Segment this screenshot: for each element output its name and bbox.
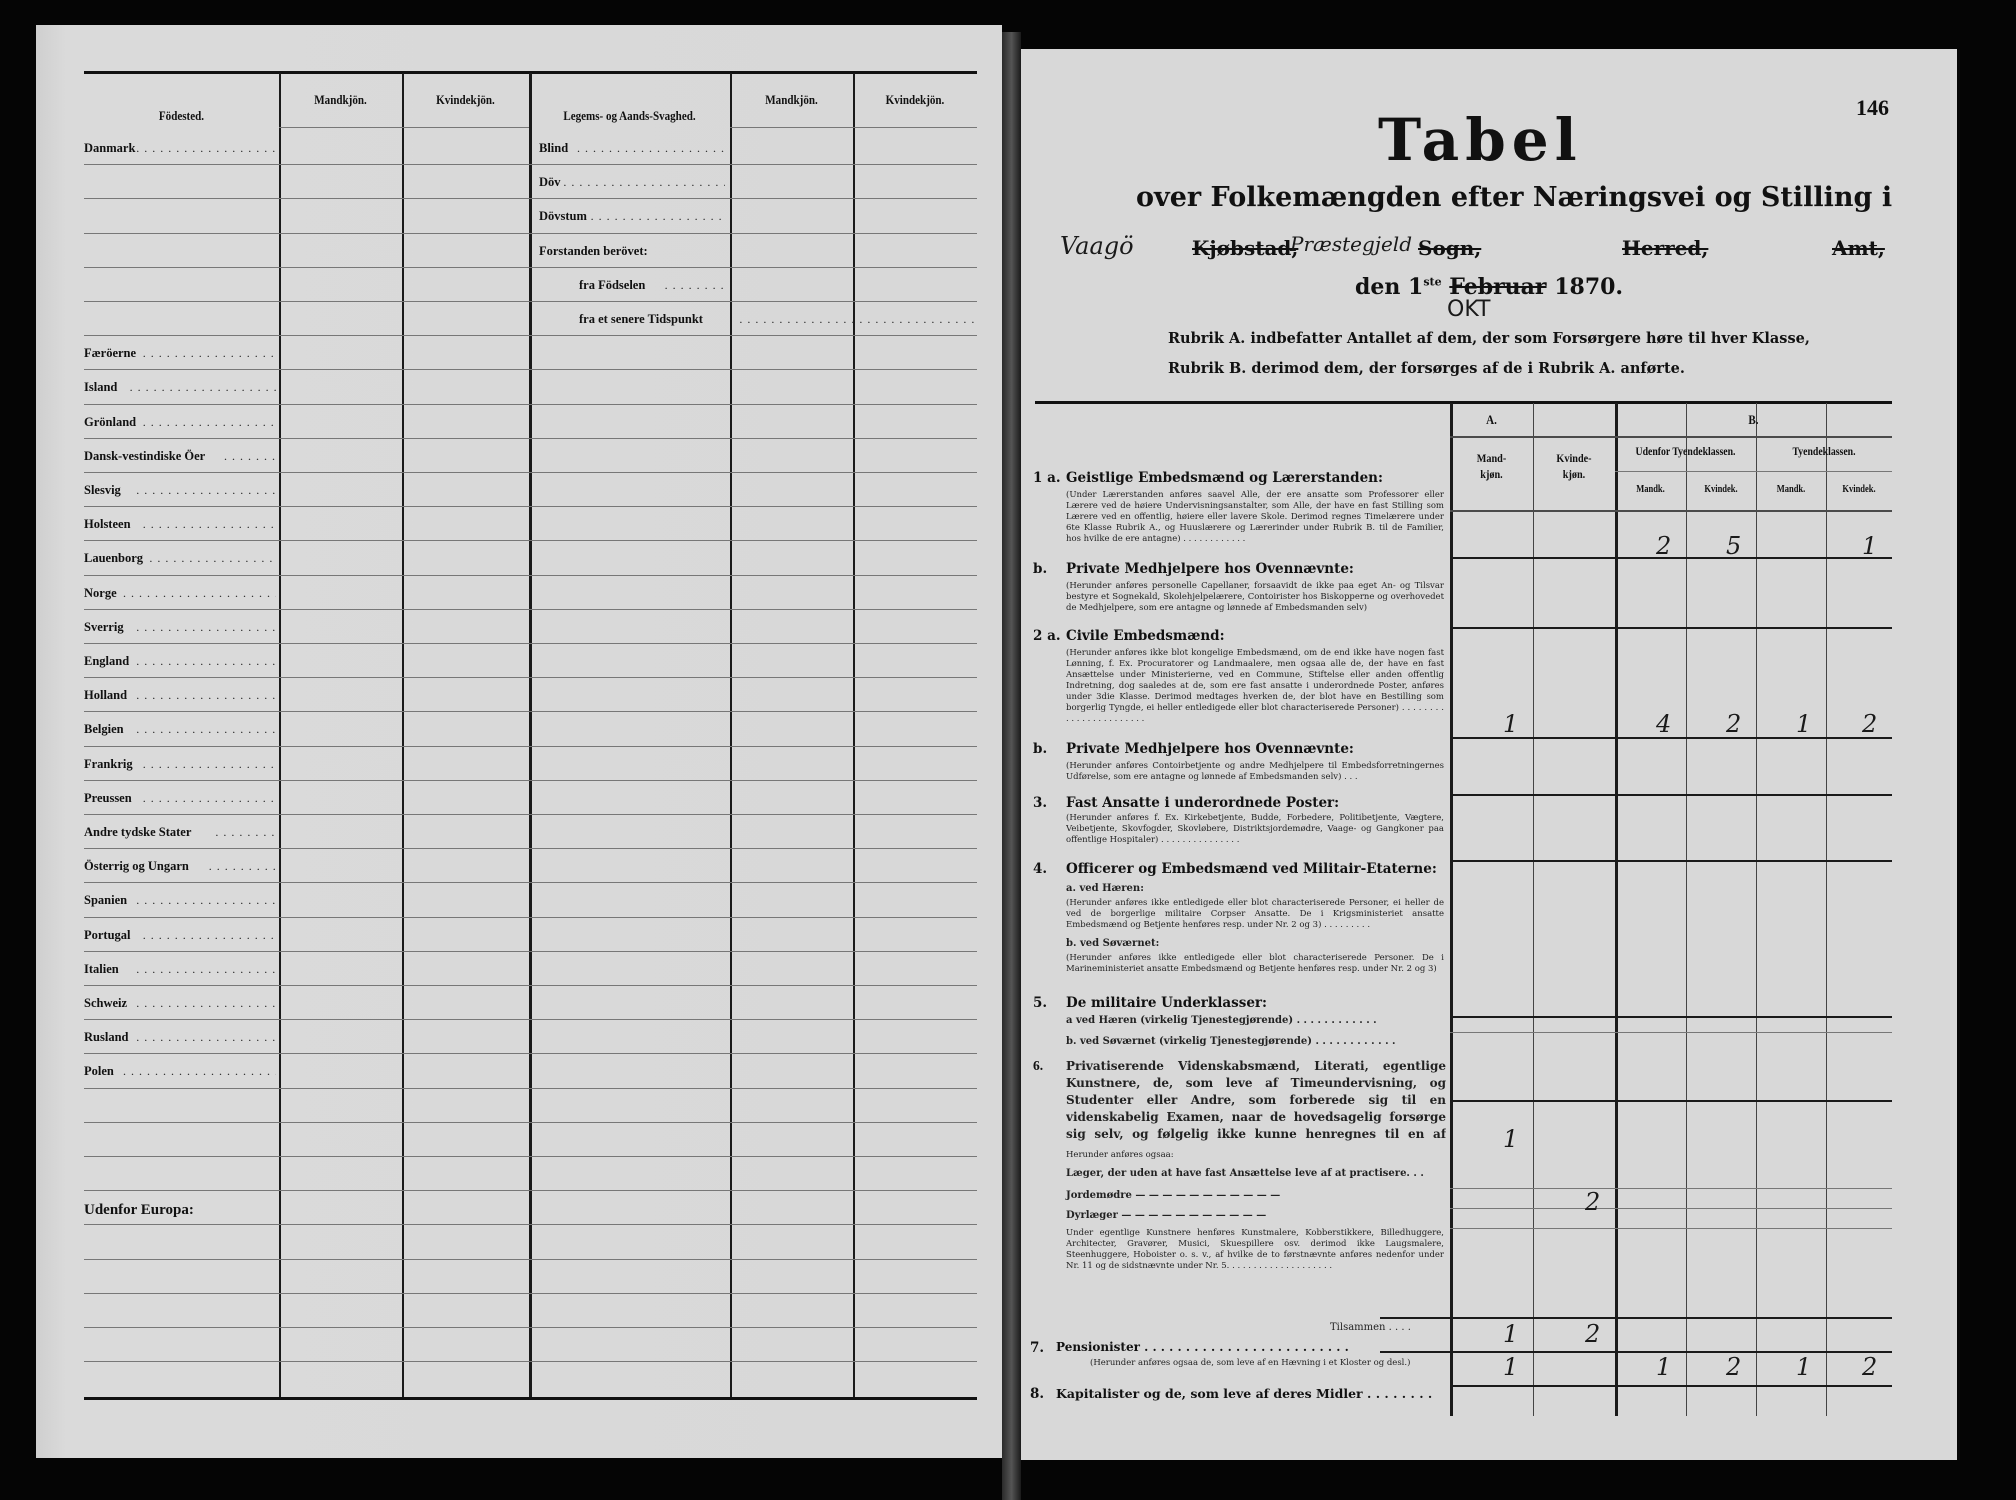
header-line xyxy=(1615,471,1892,472)
row-line xyxy=(1450,1385,1892,1387)
column-divider xyxy=(730,73,732,1399)
birthplace-label: Österrig og Ungarn xyxy=(84,859,189,874)
handwritten-value: 1 xyxy=(1503,1125,1518,1153)
category-title: Geistlige Embedsmænd og Lærerstanden: xyxy=(1066,470,1383,486)
row-line xyxy=(84,540,977,541)
leader-dots: .............................. xyxy=(136,1030,276,1045)
data-column-divider xyxy=(1450,403,1453,1416)
bottom-rule xyxy=(84,1397,977,1400)
birthplace-label: Portugal xyxy=(84,928,131,943)
handwritten-value: 2 xyxy=(1862,710,1877,738)
leader-dots: .............................. xyxy=(739,312,979,327)
infirmity-label: Döv xyxy=(539,175,561,190)
sub-label: Læger, der uden at have fast Ansættelse … xyxy=(1066,1168,1424,1179)
leader-dots: .............................. xyxy=(143,517,276,532)
row-line xyxy=(84,301,977,302)
category-note: Under egentlige Kunstnere henføres Kunst… xyxy=(1066,1228,1444,1296)
category-note: (Herunder anføres ikke blot kongelige Em… xyxy=(1066,648,1444,736)
category-number: b. xyxy=(1033,741,1047,757)
header-kvindek: Kvindek. xyxy=(1831,484,1887,495)
row-line xyxy=(84,917,977,918)
category-number: 7. xyxy=(1030,1340,1044,1356)
birthplace-label: England xyxy=(84,654,129,669)
category-note: (Herunder anføres ikke entledigede eller… xyxy=(1066,898,1444,934)
birthplace-label: Holsteen xyxy=(84,517,131,532)
birthplace-label: Danmark xyxy=(84,141,135,156)
row-line xyxy=(84,438,977,439)
leader-dots: .............................. xyxy=(143,757,276,772)
category-title: Privatiserende Videnskabsmænd, Literati,… xyxy=(1066,1058,1446,1142)
row-line xyxy=(84,472,977,473)
header-a-male: Mand- kjøn. xyxy=(1456,450,1527,482)
sub-label: a ved Hæren (virkelig Tjenestegjørende) … xyxy=(1066,1015,1444,1026)
category-note: (Herunder anføres ikke entledigede eller… xyxy=(1066,953,1444,977)
leader-dots: .............................. xyxy=(209,859,276,874)
row-line xyxy=(84,1224,977,1225)
data-column-divider xyxy=(1756,403,1757,1416)
category-note: (Herunder anføres ogsaa de, som leve af … xyxy=(1090,1358,1450,1370)
category-number: 6. xyxy=(1033,1058,1043,1074)
kjobstad-label: Kjøbstad, xyxy=(1192,236,1298,260)
birthplace-label: Andre tydske Stater xyxy=(84,825,191,840)
handwritten-parish: Præstegjeld xyxy=(1290,232,1412,256)
row-line xyxy=(84,1122,977,1123)
row-line xyxy=(84,1327,977,1328)
handwritten-value: 2 xyxy=(1726,1353,1741,1381)
leader-dots: .............................. xyxy=(224,449,276,464)
birthplace-label: Island xyxy=(84,380,117,395)
rubrik-a-text: Rubrik A. indbefatter Antallet af dem, d… xyxy=(1168,330,1810,347)
handwritten-value: 2 xyxy=(1862,1353,1877,1381)
handwritten-okt: OKT xyxy=(1447,297,1490,322)
row-line xyxy=(84,951,977,952)
category-number: 8. xyxy=(1030,1386,1044,1402)
row-line xyxy=(84,198,977,199)
leader-dots: .............................. xyxy=(577,141,725,156)
handwritten-value: 1 xyxy=(1503,1320,1518,1348)
handwritten-value: 1 xyxy=(1796,1353,1811,1381)
header-female1: Kvindekjön. xyxy=(412,92,520,108)
tilsammen-label: Tilsammen . . . . xyxy=(1330,1322,1411,1333)
row-line xyxy=(84,848,977,849)
leader-dots: .............................. xyxy=(591,209,725,224)
infirmity-label: fra Födselen xyxy=(579,278,645,293)
row-line xyxy=(84,369,977,370)
leader-dots: .............................. xyxy=(136,962,276,977)
leader-dots: .............................. xyxy=(143,928,276,943)
row-line xyxy=(1450,1188,1892,1189)
data-column-divider xyxy=(1615,403,1618,1416)
category-title: Private Medhjelpere hos Ovennævnte: xyxy=(1066,561,1354,577)
leader-dots: .............................. xyxy=(123,586,276,601)
book-gutter xyxy=(1002,32,1021,1500)
data-column-divider xyxy=(1686,403,1687,1416)
leader-dots: .............................. xyxy=(130,380,276,395)
row-line xyxy=(84,267,977,268)
title: Tabel xyxy=(1378,106,1583,174)
amt-label: Amt, xyxy=(1832,236,1885,260)
birthplace-label: Grönland xyxy=(84,415,136,430)
date-year: 1870. xyxy=(1554,274,1623,300)
category-number: 1 a. xyxy=(1033,470,1061,486)
header-b-servant: Tyendeklassen. xyxy=(1766,446,1882,458)
header-line xyxy=(1450,510,1892,512)
column-divider xyxy=(853,73,855,1399)
header-subline xyxy=(279,127,529,128)
table-top-rule xyxy=(1035,401,1892,404)
birthplace-label: Slesvig xyxy=(84,483,121,498)
birthplace-label: Schweiz xyxy=(84,996,127,1011)
birthplace-label: Dansk-vestindiske Öer xyxy=(84,449,205,464)
header-b-outside: Udenfor Tyendeklassen. xyxy=(1626,446,1746,458)
row-line xyxy=(1450,1100,1892,1102)
infirmity-label: Dövstum xyxy=(539,209,587,224)
birthplace-label: Preussen xyxy=(84,791,132,806)
leader-dots: .............................. xyxy=(563,175,725,190)
handwritten-value: 1 xyxy=(1503,1353,1518,1381)
handwritten-value: 4 xyxy=(1656,710,1671,738)
row-line xyxy=(84,1019,977,1020)
row-line xyxy=(1450,1228,1892,1229)
handwritten-value: 2 xyxy=(1656,532,1671,560)
birthplace-label: Polen xyxy=(84,1064,114,1079)
leader-dots: .............................. xyxy=(665,278,725,293)
category-title: Kapitalister og de, som leve af deres Mi… xyxy=(1056,1386,1432,1401)
category-title: Fast Ansatte i underordnede Poster: xyxy=(1066,795,1339,811)
leader-dots: .............................. xyxy=(143,415,276,430)
tilsammen-rule xyxy=(1380,1317,1452,1319)
handwritten-value: 5 xyxy=(1726,532,1741,560)
leader-dots: .............................. xyxy=(215,825,276,840)
row-line xyxy=(84,711,977,712)
category-title: Officerer og Embedsmænd ved Militair-Eta… xyxy=(1066,861,1437,877)
leader-dots: .............................. xyxy=(136,722,276,737)
row-line xyxy=(84,1053,977,1054)
row-line xyxy=(84,814,977,815)
birthplace-label: Belgien xyxy=(84,722,124,737)
category-note: (Herunder anføres f. Ex. Kirkebetjente, … xyxy=(1066,813,1444,857)
sub-label: a. ved Hæren: xyxy=(1066,883,1144,894)
header-a-female: Kvinde- kjøn. xyxy=(1539,450,1609,482)
category-note: (Herunder anføres personelle Capellaner,… xyxy=(1066,581,1444,625)
birthplace-label: Norge xyxy=(84,586,117,601)
row-line xyxy=(84,233,977,234)
handwritten-value: 1 xyxy=(1796,710,1811,738)
row-line xyxy=(84,780,977,781)
category-title: Pensionister . . . . . . . . . . . . . .… xyxy=(1056,1340,1349,1354)
birthplace-label: Sverrig xyxy=(84,620,124,635)
header-subline xyxy=(730,127,977,128)
row-line xyxy=(84,1259,977,1260)
handwritten-value: 1 xyxy=(1503,710,1518,738)
row-line xyxy=(1450,1317,1892,1319)
herred-label: Herred, xyxy=(1622,236,1708,260)
row-line xyxy=(84,1088,977,1089)
tilsammen-rule xyxy=(1380,1351,1452,1353)
category-note: (Herunder anføres Contoirbetjente og and… xyxy=(1066,761,1444,791)
header-mandk: Mandk. xyxy=(1620,484,1680,495)
sub-label: b. ved Søværnet: xyxy=(1066,938,1159,949)
leader-dots: .............................. xyxy=(149,551,276,566)
row-line xyxy=(84,882,977,883)
leader-dots: .............................. xyxy=(136,141,276,156)
row-line xyxy=(84,164,977,165)
category-title: Civile Embedsmænd: xyxy=(1066,628,1225,644)
infirmity-label: Blind xyxy=(539,141,568,156)
column-divider xyxy=(529,73,532,1399)
row-line xyxy=(84,1293,977,1294)
header-line xyxy=(1450,436,1892,438)
leader-dots: .............................. xyxy=(136,654,276,669)
sub-label: Jordemødre — — — — — — — — — — — xyxy=(1066,1190,1280,1201)
row-line xyxy=(84,404,977,405)
row-line xyxy=(84,746,977,747)
sub-label: Herunder anføres ogsaa: xyxy=(1066,1150,1174,1161)
handwritten-value: 2 xyxy=(1726,710,1741,738)
category-note: (Under Lærerstanden anføres saavel Alle,… xyxy=(1066,490,1444,548)
handwritten-value: 2 xyxy=(1585,1320,1600,1348)
leader-dots: .............................. xyxy=(123,1064,276,1079)
row-line xyxy=(84,506,977,507)
category-number: 4. xyxy=(1033,861,1047,877)
sub-label: Dyrlæger — — — — — — — — — — — xyxy=(1066,1210,1266,1221)
row-line xyxy=(84,1156,977,1157)
header-male2: Mandkjön. xyxy=(739,92,844,108)
row-line xyxy=(1450,1208,1892,1209)
category-number: b. xyxy=(1033,561,1047,577)
row-line xyxy=(84,609,977,610)
birthplace-label: Italien xyxy=(84,962,119,977)
subtitle: over Folkemængden efter Næringsvei og St… xyxy=(1136,182,1892,213)
header-male1: Mandkjön. xyxy=(288,92,393,108)
column-divider xyxy=(402,73,404,1399)
page-number: 146 xyxy=(1856,95,1889,121)
header-birthplace: Födested. xyxy=(99,108,265,124)
row-line xyxy=(1450,794,1892,796)
leader-dots: .............................. xyxy=(143,346,276,361)
leader-dots: .............................. xyxy=(136,688,276,703)
header-kvindek: Kvindek. xyxy=(1691,484,1751,495)
leader-dots: .............................. xyxy=(136,996,276,1011)
sub-label: b. ved Søværnet (virkelig Tjenestegjøren… xyxy=(1066,1036,1444,1047)
row-line xyxy=(84,335,977,336)
handwritten-value: 2 xyxy=(1585,1188,1600,1216)
row-line xyxy=(84,575,977,576)
row-line xyxy=(84,1190,977,1191)
leader-dots: .............................. xyxy=(143,791,276,806)
category-number: 3. xyxy=(1033,795,1047,811)
header-b: B. xyxy=(1636,412,1871,428)
row-line xyxy=(84,643,977,644)
birthplace-label: Lauenborg xyxy=(84,551,143,566)
handwritten-place: Vaagö xyxy=(1060,232,1134,260)
category-number: 5. xyxy=(1033,995,1047,1011)
row-line xyxy=(1450,1016,1892,1018)
rubrik-b-text: Rubrik B. derimod dem, der forsørges af … xyxy=(1168,360,1685,377)
leader-dots: .............................. xyxy=(136,483,276,498)
birthplace-label: Spanien xyxy=(84,893,127,908)
leader-dots: .............................. xyxy=(136,620,276,635)
infirmity-label: fra et senere Tidspunkt xyxy=(579,312,703,327)
row-line xyxy=(84,1361,977,1362)
header-a: A. xyxy=(1456,412,1527,428)
category-number: 2 a. xyxy=(1033,628,1061,644)
row-line xyxy=(1450,860,1892,862)
date-superscript: ste xyxy=(1423,276,1441,289)
sogn-label: Sogn, xyxy=(1418,236,1481,260)
row-line xyxy=(1450,627,1892,629)
date-prefix: den 1 xyxy=(1355,274,1423,300)
header-female2: Kvindekjön. xyxy=(862,92,967,108)
category-title: Private Medhjelpere hos Ovennævnte: xyxy=(1066,741,1354,757)
birthplace-label: Frankrig xyxy=(84,757,133,772)
header-mandk: Mandk. xyxy=(1761,484,1821,495)
header-infirmity: Legems- og Aands-Svaghed. xyxy=(544,108,715,124)
leader-dots: .............................. xyxy=(136,893,276,908)
row-line xyxy=(1450,1032,1892,1033)
infirmity-label: Forstanden berövet: xyxy=(539,244,648,259)
handwritten-value: 1 xyxy=(1862,532,1877,560)
left-page xyxy=(36,25,1002,1458)
birthplace-label: Rusland xyxy=(84,1030,128,1045)
handwritten-value: 1 xyxy=(1656,1353,1671,1381)
data-column-divider xyxy=(1533,403,1534,1416)
row-line xyxy=(84,985,977,986)
row-line xyxy=(84,677,977,678)
birthplace-label: Holland xyxy=(84,688,127,703)
category-title: De militaire Underklasser: xyxy=(1066,995,1267,1011)
data-column-divider xyxy=(1826,403,1827,1416)
outside-europe-label: Udenfor Europa: xyxy=(84,1202,194,1219)
birthplace-label: Færöerne xyxy=(84,346,136,361)
column-divider xyxy=(279,73,281,1399)
